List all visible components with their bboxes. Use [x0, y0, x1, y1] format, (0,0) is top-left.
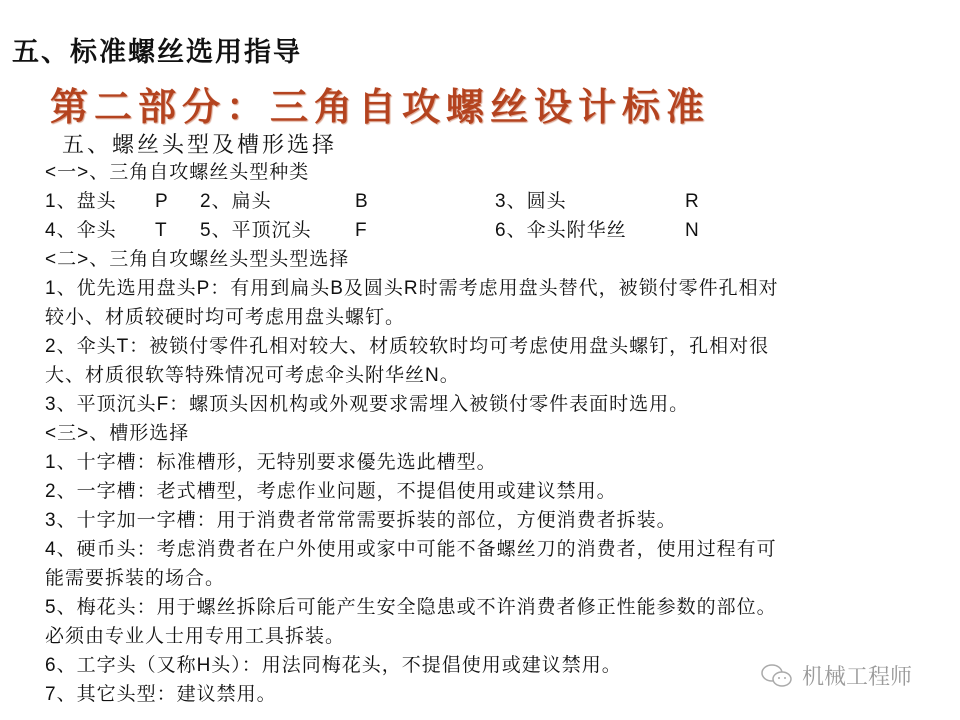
slot-selection-line: 能需要拆装的场合。 [45, 564, 945, 593]
head-types-row: 1、盘头 P 2、扁头 B 3、圆头 R [45, 187, 945, 216]
wechat-icon [760, 662, 794, 690]
slot-selection-line: 必须由专业人士用专用工具拆装。 [45, 622, 945, 651]
slot-selection-heading: <三>、槽形选择 [45, 419, 945, 448]
slot-selection-line: 5、梅花头：用于螺丝拆除后可能产生安全隐患或不许消费者修正性能参数的部位。 [45, 593, 945, 622]
head-selection-line: 2、伞头T：被锁付零件孔相对较大、材质较软时均可考虑使用盘头螺钉，孔相对很 [45, 332, 945, 361]
head-type-code: P [155, 187, 200, 216]
head-type-code: B [355, 187, 495, 216]
head-types-heading: <一>、三角自攻螺丝头型种类 [45, 158, 945, 187]
head-type-name: 1、盘头 [45, 187, 155, 216]
watermark-text: 机械工程师 [802, 660, 912, 691]
head-type-name: 2、扁头 [200, 187, 355, 216]
head-type-name: 6、伞头附华丝 [495, 216, 685, 245]
sub-title: 五、螺丝头型及槽形选择 [62, 128, 337, 159]
part-title: 第二部分：三角自攻螺丝设计标准 [50, 76, 710, 131]
head-type-code: T [155, 216, 200, 245]
head-selection-line: 较小、材质较硬时均可考虑用盘头螺钉。 [45, 303, 945, 332]
watermark: 机械工程师 [760, 660, 912, 691]
head-type-code: F [355, 216, 495, 245]
head-types-row: 4、伞头 T 5、平顶沉头 F 6、伞头附华丝 N [45, 216, 945, 245]
head-selection-line: 大、材质很软等特殊情况可考虑伞头附华丝N。 [45, 361, 945, 390]
head-type-code: R [685, 187, 725, 216]
slot-selection-line: 2、一字槽：老式槽型，考虑作业问题，不提倡使用或建议禁用。 [45, 477, 945, 506]
slot-selection-line: 1、十字槽：标准槽形，无特别要求優先选此槽型。 [45, 448, 945, 477]
head-selection-line: 3、平顶沉头F：螺顶头因机构或外观要求需埋入被锁付零件表面时选用。 [45, 390, 945, 419]
slot-selection-line: 4、硬币头：考虑消费者在户外使用或家中可能不备螺丝刀的消费者，使用过程有可 [45, 535, 945, 564]
section-title: 五、标准螺丝选用指导 [12, 30, 302, 69]
head-type-code: N [685, 216, 725, 245]
head-type-name: 3、圆头 [495, 187, 685, 216]
head-type-name: 5、平顶沉头 [200, 216, 355, 245]
head-type-name: 4、伞头 [45, 216, 155, 245]
head-selection-line: 1、优先选用盘头P：有用到扁头B及圆头R时需考虑用盘头替代，被锁付零件孔相对 [45, 274, 945, 303]
slot-selection-line: 3、十字加一字槽：用于消费者常常需要拆装的部位，方便消费者拆装。 [45, 506, 945, 535]
document-body: <一>、三角自攻螺丝头型种类 1、盘头 P 2、扁头 B 3、圆头 R 4、伞头… [45, 158, 945, 709]
head-selection-heading: <二>、三角自攻螺丝头型头型选择 [45, 245, 945, 274]
